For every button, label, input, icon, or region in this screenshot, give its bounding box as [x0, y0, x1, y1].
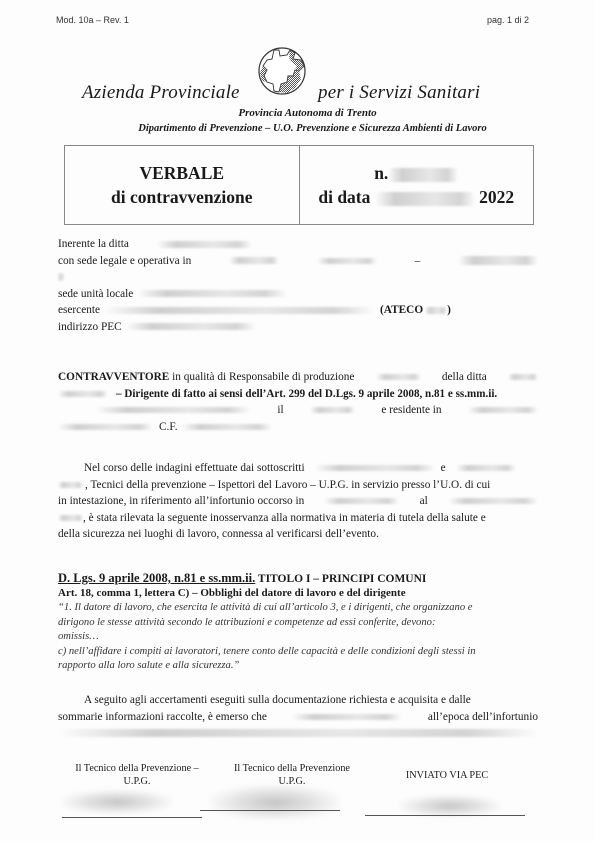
at-label: al: [420, 493, 428, 510]
investigation-line-1: Nel corso delle indagini effettuate dai …: [84, 460, 305, 477]
date-prefix: di data: [318, 187, 370, 207]
signature-line-1: [62, 817, 202, 818]
sede-locale-label: sede unità locale: [58, 286, 133, 303]
conjunction: e: [441, 460, 446, 477]
redacted-company-name: [157, 241, 252, 248]
redacted-inspector-1: [315, 465, 435, 471]
redacted-role-detail: [376, 374, 421, 380]
findings-line-2-end: all’epoca dell’infortunio: [428, 709, 538, 726]
document-number-date: n. di data 2022: [299, 146, 534, 224]
signature-title: Il Tecnico della Prevenzione –: [52, 763, 222, 776]
redacted-name-birthplace: [96, 407, 251, 413]
province-name: Provincia Autonoma di Trento: [0, 107, 595, 119]
redacted-finding: [292, 714, 402, 720]
redacted-finding-cont: [58, 729, 538, 737]
date-year: 2022: [479, 187, 514, 207]
findings-paragraph: A seguito agli accertamenti eseguiti sul…: [58, 692, 538, 742]
number-prefix: n.: [374, 163, 388, 183]
redacted-inspector-2: [456, 465, 516, 471]
cf-label: C.F.: [159, 419, 178, 436]
quote-line: omissis…: [58, 630, 540, 645]
page-indicator: pag. 1 di 2: [487, 15, 529, 25]
document-type-subtitle: di contravvenzione: [111, 185, 252, 209]
redacted-birthdate: [310, 407, 355, 413]
redacted-signature-3: [400, 795, 500, 817]
quote-line: “1. Il datore di lavoro, che esercita le…: [58, 601, 540, 616]
signature-title: Il Tecnico della Prevenzione: [212, 763, 372, 776]
offender-info: CONTRAVVENTORE in qualità di Responsabil…: [58, 369, 538, 435]
law-reference: D. Lgs. 9 aprile 2008, n.81 e ss.mm.ii.: [58, 571, 255, 585]
redacted-city: [229, 257, 279, 264]
findings-line-2: sommarie informazioni raccolte, è emerso…: [58, 709, 267, 726]
article-reference: Art. 18, comma 1, lettera C) – Obblighi …: [58, 587, 406, 599]
law-title: TITOLO I – PRINCIPI COMUNI: [258, 573, 426, 585]
esercente-label: esercente: [58, 302, 100, 319]
redacted-location: [324, 498, 399, 504]
redacted-tax-code: [182, 424, 272, 430]
sede-legale-separator: –: [415, 253, 421, 270]
trentino-map-globe-icon: [257, 46, 307, 96]
law-quote: “1. Il datore di lavoro, che esercita le…: [58, 601, 540, 674]
investigation-line-3: in intestazione, in riferimento all’info…: [58, 493, 304, 510]
sent-via-pec-note: INVIATO VIA PEC: [372, 770, 522, 783]
investigation-paragraph: Nel corso delle indagini effettuate dai …: [58, 460, 538, 543]
investigation-line-5: della sicurezza nei luoghi di lavoro, co…: [58, 526, 379, 543]
investigation-line-4: , è stata rilevata la seguente inosserva…: [83, 510, 486, 527]
redacted-company: [508, 374, 538, 380]
quote-line: c) nell’affidare i compiti ai lavoratori…: [58, 645, 540, 660]
findings-line-1: A seguito agli accertamenti eseguiti sul…: [84, 692, 471, 709]
ateco-label: (ATECO: [380, 302, 423, 319]
signature-line-2: [200, 810, 340, 811]
legal-basis: – Dirigente di fatto ai sensi dell’Art. …: [116, 386, 497, 403]
residence-label: e residente in: [381, 402, 441, 419]
document-type: VERBALE di contravvenzione: [65, 146, 299, 224]
company-info: Inerente la ditta con sede legale e oper…: [58, 236, 538, 335]
quote-line: rapporto alla loro salute e alla sicurez…: [58, 659, 540, 674]
redacted-address-2: [458, 256, 538, 265]
pec-label: indirizzo PEC: [58, 319, 122, 336]
org-name-left: Azienda Provinciale: [82, 82, 240, 104]
redacted-pec-address: [126, 323, 256, 330]
redacted-inspector-2-cont: [58, 482, 83, 488]
redacted-residence-cont: [58, 424, 153, 430]
offender-label: CONTRAVVENTORE: [58, 371, 169, 383]
department-name: Dipartimento di Prevenzione – U.O. Preve…: [0, 123, 595, 134]
org-name-right: per i Servizi Sanitari: [318, 82, 480, 104]
ditta-label: Inerente la ditta: [58, 236, 129, 253]
document-type-title: VERBALE: [139, 161, 224, 185]
signature-technician-1: Il Tecnico della Prevenzione – U.P.G.: [52, 763, 222, 788]
redacted-worker: [448, 498, 538, 504]
quote-line: dirigono le stesse attività secondo le a…: [58, 616, 540, 631]
investigation-line-2: , Tecnici della prevenzione – Ispettori …: [85, 477, 490, 494]
redacted-date: [375, 192, 475, 206]
title-box: VERBALE di contravvenzione n. di data 20…: [64, 145, 534, 225]
document-page: Mod. 10a – Rev. 1 pag. 1 di 2 Azienda Pr…: [0, 0, 595, 841]
ateco-close: ): [447, 302, 451, 319]
violation-heading: D. Lgs. 9 aprile 2008, n.81 e ss.mm.ii. …: [58, 571, 426, 586]
redacted-activity: [104, 307, 374, 314]
redacted-number: [388, 168, 458, 182]
signature-line-3: [365, 815, 525, 816]
redacted-address: [317, 258, 377, 264]
redacted-local-address: [137, 290, 287, 297]
redacted-signature-1: [62, 790, 172, 814]
offender-role: in qualità di Responsabile di produzione: [172, 371, 354, 383]
signature-subtitle: U.P.G.: [52, 776, 222, 789]
redacted-continuation: [58, 273, 64, 281]
redacted-residence: [468, 407, 538, 413]
redacted-signature-2: [210, 785, 340, 820]
born-label: il: [277, 402, 283, 419]
sede-legale-label: con sede legale e operativa in: [58, 253, 191, 270]
of-company-label: della ditta: [442, 369, 487, 386]
redacted-worker-cont: [58, 515, 83, 521]
redacted-ateco-code: [425, 307, 447, 314]
form-code: Mod. 10a – Rev. 1: [56, 15, 129, 25]
redacted-company-cont: [58, 391, 108, 397]
